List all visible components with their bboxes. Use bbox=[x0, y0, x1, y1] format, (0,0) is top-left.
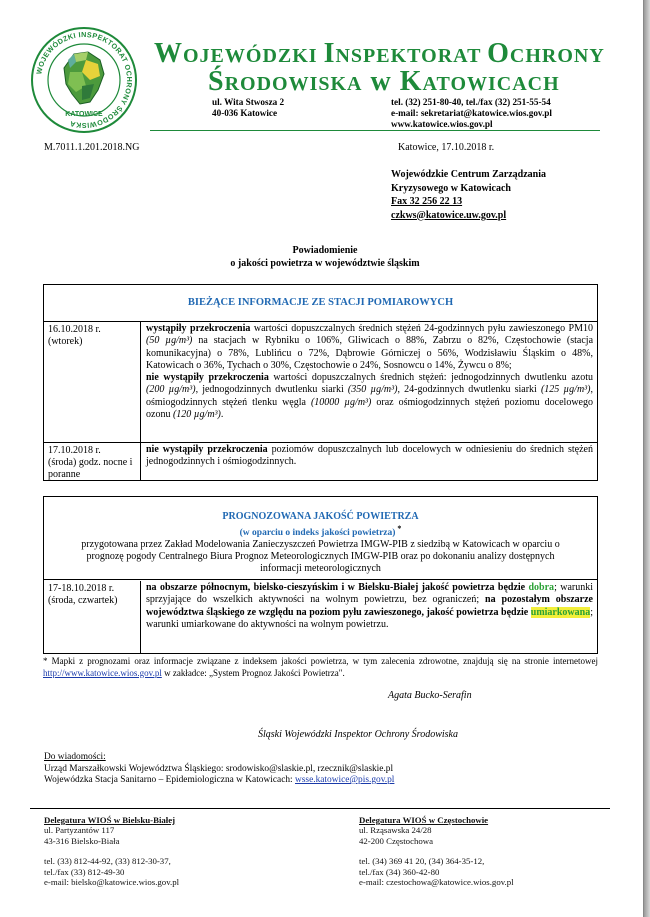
row-date: 17.10.2018 r. bbox=[48, 445, 136, 457]
so2-24h-norm: (125 µg/m³) bbox=[541, 384, 591, 395]
branch-czestochowa: Delegatura WIOŚ w Częstochowie ul. Rząsa… bbox=[359, 815, 514, 887]
recipient-block: Wojewódzkie Centrum Zarządzania Kryzysow… bbox=[391, 168, 546, 222]
header-address: ul. Wita Stwosza 2 40-036 Katowice bbox=[212, 97, 284, 119]
pm10-norm: (50 µg/m³) bbox=[146, 335, 192, 346]
footnote-text: * Mapki z prognozami oraz informacje zwi… bbox=[43, 656, 598, 666]
header-divider bbox=[150, 130, 600, 131]
logo-emblem-icon: WOJEWÓDZKI INSPEKTORAT OCHRONY ŚRODOWISK… bbox=[30, 26, 138, 134]
institution-title-line2: ŚRODOWISKA w KATOWICACH bbox=[208, 66, 560, 98]
branch-fax: tel./fax (33) 812-49-30 bbox=[44, 867, 179, 877]
footer-divider bbox=[30, 808, 610, 809]
o3-norm: (120 µg/m³) bbox=[173, 409, 221, 420]
header-website[interactable]: www.katowice.wios.gov.pl bbox=[391, 119, 552, 130]
forecast-subheading-text: (w oparciu o indeks jakości powietrza) bbox=[240, 528, 396, 538]
svg-text:KATOWICE: KATOWICE bbox=[65, 111, 103, 118]
row-day: (wtorek) bbox=[48, 336, 136, 348]
quality-badge-good: dobra bbox=[529, 582, 555, 593]
noexceed-text: wartości dopuszczalnych średnich stężeń:… bbox=[269, 372, 593, 383]
branch-phone: tel. (34) 369 41 20, (34) 364-35-12, bbox=[359, 856, 514, 866]
footnote-text: w zakładce: „System Prognoz Jakości Powi… bbox=[162, 668, 345, 678]
co-norm: (10000 µg/m³) bbox=[311, 397, 371, 408]
forecast-area1: na obszarze północnym, bielsko-cieszyńsk… bbox=[146, 582, 529, 593]
forecast-description: przygotowana przez Zakład Modelowania Za… bbox=[44, 539, 597, 575]
row-day: (środa) godz. nocne i poranne bbox=[48, 457, 136, 481]
recipient-line2: Kryzysowego w Katowicach bbox=[391, 182, 546, 196]
cc-line1: Urząd Marszałkowski Województwa Śląskieg… bbox=[44, 764, 394, 776]
address-city: 40-036 Katowice bbox=[212, 108, 284, 119]
branch-email[interactable]: e-mail: bielsko@katowice.wios.gov.pl bbox=[44, 877, 179, 887]
forecast-heading: PROGNOZOWANA JAKOŚĆ POWIETRZA bbox=[44, 511, 597, 523]
noexceed-text: , jednogodzinnych dwutlenku siarki bbox=[196, 384, 348, 395]
recipient-fax: Fax 32 256 22 13 bbox=[391, 195, 546, 209]
current-info-table: BIEŻĄCE INFORMACJE ZE STACJI POMIAROWYCH… bbox=[43, 284, 598, 481]
branch-phone: tel. (33) 812-44-92, (33) 812-30-37, bbox=[44, 856, 179, 866]
reference-number: M.7011.1.201.2018.NG bbox=[44, 142, 139, 153]
current-info-heading: BIEŻĄCE INFORMACJE ZE STACJI POMIAROWYCH bbox=[44, 285, 597, 322]
recipient-email[interactable]: czkws@katowice.uw.gov.pl bbox=[391, 209, 546, 223]
document-title: Powiadomienie o jakości powietrza w woje… bbox=[0, 244, 650, 270]
row-content-cell: nie wystąpiły przekroczenia poziomów dop… bbox=[142, 443, 597, 470]
header-email[interactable]: e-mail: sekretariat@katowice.wios.gov.pl bbox=[391, 108, 552, 119]
footnote: * Mapki z prognozami oraz informacje zwi… bbox=[43, 656, 598, 679]
row-content-cell: na obszarze północnym, bielsko-cieszyńsk… bbox=[142, 581, 597, 632]
branch-name: Delegatura WIOŚ w Bielsku-Białej bbox=[44, 815, 179, 825]
row-date-cell: 17.10.2018 r. (środa) godz. nocne i pora… bbox=[44, 443, 141, 481]
table-row: 17.10.2018 r. (środa) godz. nocne i pora… bbox=[44, 443, 597, 481]
header-contact: tel. (32) 251-80-40, tel./fax (32) 251-5… bbox=[391, 97, 552, 130]
place-date: Katowice, 17.10.2018 r. bbox=[398, 142, 494, 153]
row-date-cell: 16.10.2018 r. (wtorek) bbox=[44, 322, 141, 442]
branch-city: 42-200 Częstochowa bbox=[359, 836, 514, 846]
header-phone: tel. (32) 251-80-40, tel./fax (32) 251-5… bbox=[391, 97, 552, 108]
exceed-label: wystąpiły przekroczenia bbox=[146, 323, 250, 334]
noexceed-text: . bbox=[221, 409, 224, 420]
forecast-table: PROGNOZOWANA JAKOŚĆ POWIETRZA (w oparciu… bbox=[43, 496, 598, 654]
noexceed-label: nie wystąpiły przekroczenia bbox=[146, 444, 268, 455]
row-content-cell: wystąpiły przekroczenia wartości dopuszc… bbox=[142, 322, 597, 422]
cc-label: Do wiadomości: bbox=[44, 752, 394, 764]
cc-block: Do wiadomości: Urząd Marszałkowski Wojew… bbox=[44, 752, 394, 787]
recipient-line1: Wojewódzkie Centrum Zarządzania bbox=[391, 168, 546, 182]
table-row: 17-18.10.2018 r. (środa, czwartek) na ob… bbox=[44, 581, 597, 653]
branch-email[interactable]: e-mail: czestochowa@katowice.wios.gov.pl bbox=[359, 877, 514, 887]
exceed-stations: na stacjach w Rybniku o 106%, Gliwicach … bbox=[146, 335, 593, 371]
forecast-header: PROGNOZOWANA JAKOŚĆ POWIETRZA (w oparciu… bbox=[44, 497, 597, 580]
wios-logo: WOJEWÓDZKI INSPEKTORAT OCHRONY ŚRODOWISK… bbox=[30, 26, 138, 134]
branch-street: ul. Partyzantów 117 bbox=[44, 825, 179, 835]
branch-fax: tel./fax (34) 360-42-80 bbox=[359, 867, 514, 877]
branch-street: ul. Rząsawska 24/28 bbox=[359, 825, 514, 835]
cc-line2-link[interactable]: wsse.katowice@pis.gov.pl bbox=[295, 775, 394, 785]
page-shadow bbox=[644, 0, 650, 917]
signatory-name: Agata Bucko-Serafin bbox=[388, 690, 472, 701]
cc-line2-text: Wojewódzka Stacja Sanitarno – Epidemiolo… bbox=[44, 775, 295, 785]
row-date-cell: 17-18.10.2018 r. (środa, czwartek) bbox=[44, 581, 141, 653]
row-day: (środa, czwartek) bbox=[48, 595, 136, 607]
branch-city: 43-316 Bielsko-Biała bbox=[44, 836, 179, 846]
cc-line2: Wojewódzka Stacja Sanitarno – Epidemiolo… bbox=[44, 775, 394, 787]
quality-badge-moderate: umiarkowana bbox=[531, 607, 590, 618]
noexceed-text: , 24-godzinnych dwutlenku siarki bbox=[397, 384, 540, 395]
exceed-text: wartości dopuszczalnych średnich stężeń … bbox=[250, 323, 593, 334]
so2-1h-norm: (350 µg/m³) bbox=[348, 384, 398, 395]
no2-norm: (200 µg/m³) bbox=[146, 384, 196, 395]
branch-name: Delegatura WIOŚ w Częstochowie bbox=[359, 815, 514, 825]
branch-bielsko: Delegatura WIOŚ w Bielsku-Białej ul. Par… bbox=[44, 815, 179, 887]
forecast-subheading: (w oparciu o indeks jakości powietrza) * bbox=[44, 523, 597, 539]
address-street: ul. Wita Stwosza 2 bbox=[212, 97, 284, 108]
footnote-mark: * bbox=[395, 524, 401, 533]
noexceed-label: nie wystąpiły przekroczenia bbox=[146, 372, 269, 383]
document-title-line1: Powiadomienie bbox=[0, 244, 650, 257]
footnote-link[interactable]: http://www.katowice.wios.gov.pl bbox=[43, 668, 162, 678]
row-date: 16.10.2018 r. bbox=[48, 324, 136, 336]
signatory-position: Śląski Wojewódzki Inspektor Ochrony Środ… bbox=[258, 729, 458, 740]
row-date: 17-18.10.2018 r. bbox=[48, 583, 136, 595]
table-row: 16.10.2018 r. (wtorek) wystąpiły przekro… bbox=[44, 322, 597, 443]
document-title-line2: o jakości powietrza w województwie śląsk… bbox=[0, 257, 650, 270]
